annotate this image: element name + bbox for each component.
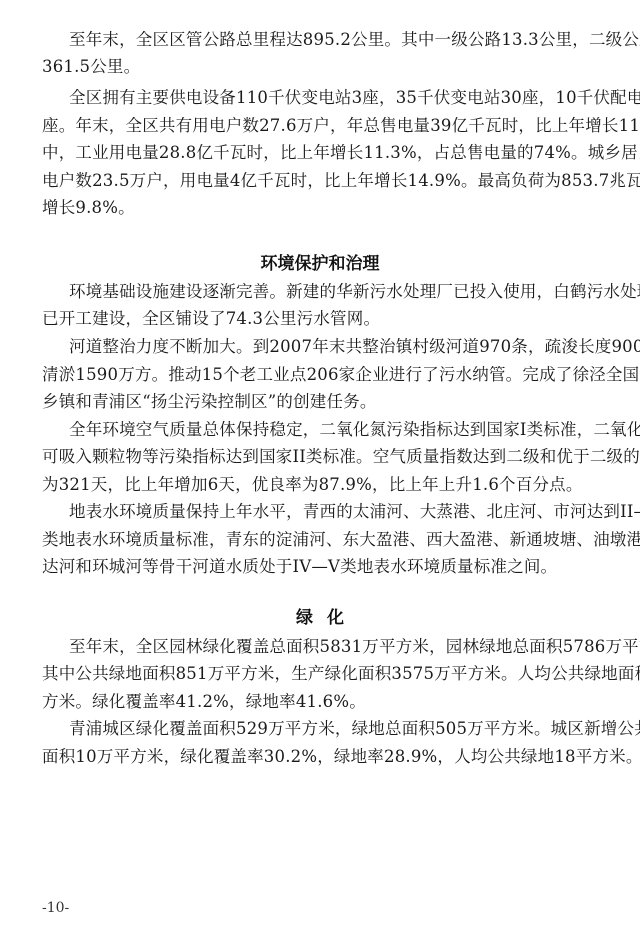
text-line: 中，工业用电量28.8亿千瓦时，比上年增长11.3%，占总售电量的74%。城乡居… bbox=[42, 143, 600, 163]
text-line: 青浦城区绿化覆盖面积529万平方米，绿地总面积505万平方米。城区新增公共绿地 bbox=[69, 719, 600, 739]
text-line: 乡镇和青浦区“扬尘污染控制区”的创建任务。 bbox=[42, 392, 600, 412]
text-line: 地表水环境质量保持上年水平，青西的太浦河、大蒸港、北庄河、市河达到II—III bbox=[69, 502, 600, 522]
section-heading-greening: 绿化 bbox=[0, 607, 640, 629]
text-line: 环境基础设施建设逐渐完善。新建的华新污水处理厂已投入使用，白鹤污水处理厂 bbox=[69, 282, 600, 302]
text-line: 方米。绿化覆盖率41.2%，绿地率41.6%。 bbox=[42, 692, 600, 712]
text-line: 其中公共绿地面积851万平方米，生产绿化面积3575万平方米。人均公共绿地面积1… bbox=[42, 664, 600, 684]
text-line: 河道整治力度不断加大。到2007年末共整治镇村级河道970条，疏浚长度900公里… bbox=[69, 337, 600, 357]
text-line: 达河和环城河等骨干河道水质处于IV—V类地表水环境质量标准之间。 bbox=[42, 557, 600, 577]
document-page: 至年末，全区区管公路总里程达895.2公里。其中一级公路13.3公里，二级公路 … bbox=[0, 0, 640, 947]
text-line: 类地表水环境质量标准，青东的淀浦河、东大盈港、西大盈港、新通坡塘、油墩港、上 bbox=[42, 530, 600, 550]
text-line: 已开工建设，全区铺设了74.3公里污水管网。 bbox=[42, 309, 600, 329]
text-line: 全年环境空气质量总体保持稳定，二氧化氮污染指标达到国家I类标准，二氧化硫和 bbox=[69, 420, 600, 440]
text-line: 至年末，全区园林绿化覆盖总面积5831万平方米，园林绿地总面积5786万平方米， bbox=[69, 637, 600, 657]
text-line: 可吸入颗粒物等污染指标达到国家II类标准。空气质量指数达到二级和优于二级的天数 bbox=[42, 447, 600, 467]
text-line: 清淤1590万方。推动15个老工业点206家企业进行了污水纳管。完成了徐泾全国环… bbox=[42, 365, 600, 385]
text-line: 全区拥有主要供电设备110千伏变电站3座，35千伏变电站30座，10千伏配电站9… bbox=[69, 88, 600, 108]
text-line: 至年末，全区区管公路总里程达895.2公里。其中一级公路13.3公里，二级公路 bbox=[69, 30, 600, 50]
text-line: 面积10万平方米，绿化覆盖率30.2%，绿地率28.9%，人均公共绿地18平方米… bbox=[42, 747, 600, 767]
text-line: 361.5公里。 bbox=[42, 57, 600, 77]
text-line: 座。年末，全区共有用电户数27.6万户，年总售电量39亿千瓦时，比上年增长11.… bbox=[42, 116, 600, 136]
text-line: 为321天，比上年增加6天，优良率为87.9%，比上年上升1.6个百分点。 bbox=[42, 475, 600, 495]
text-line: 电户数23.5万户，用电量4亿千瓦时，比上年增长14.9%。最高负荷为853.7… bbox=[42, 171, 600, 191]
section-heading-environment: 环境保护和治理 bbox=[0, 253, 640, 275]
page-number: -10- bbox=[42, 899, 69, 917]
text-line: 增长9.8%。 bbox=[42, 198, 600, 218]
